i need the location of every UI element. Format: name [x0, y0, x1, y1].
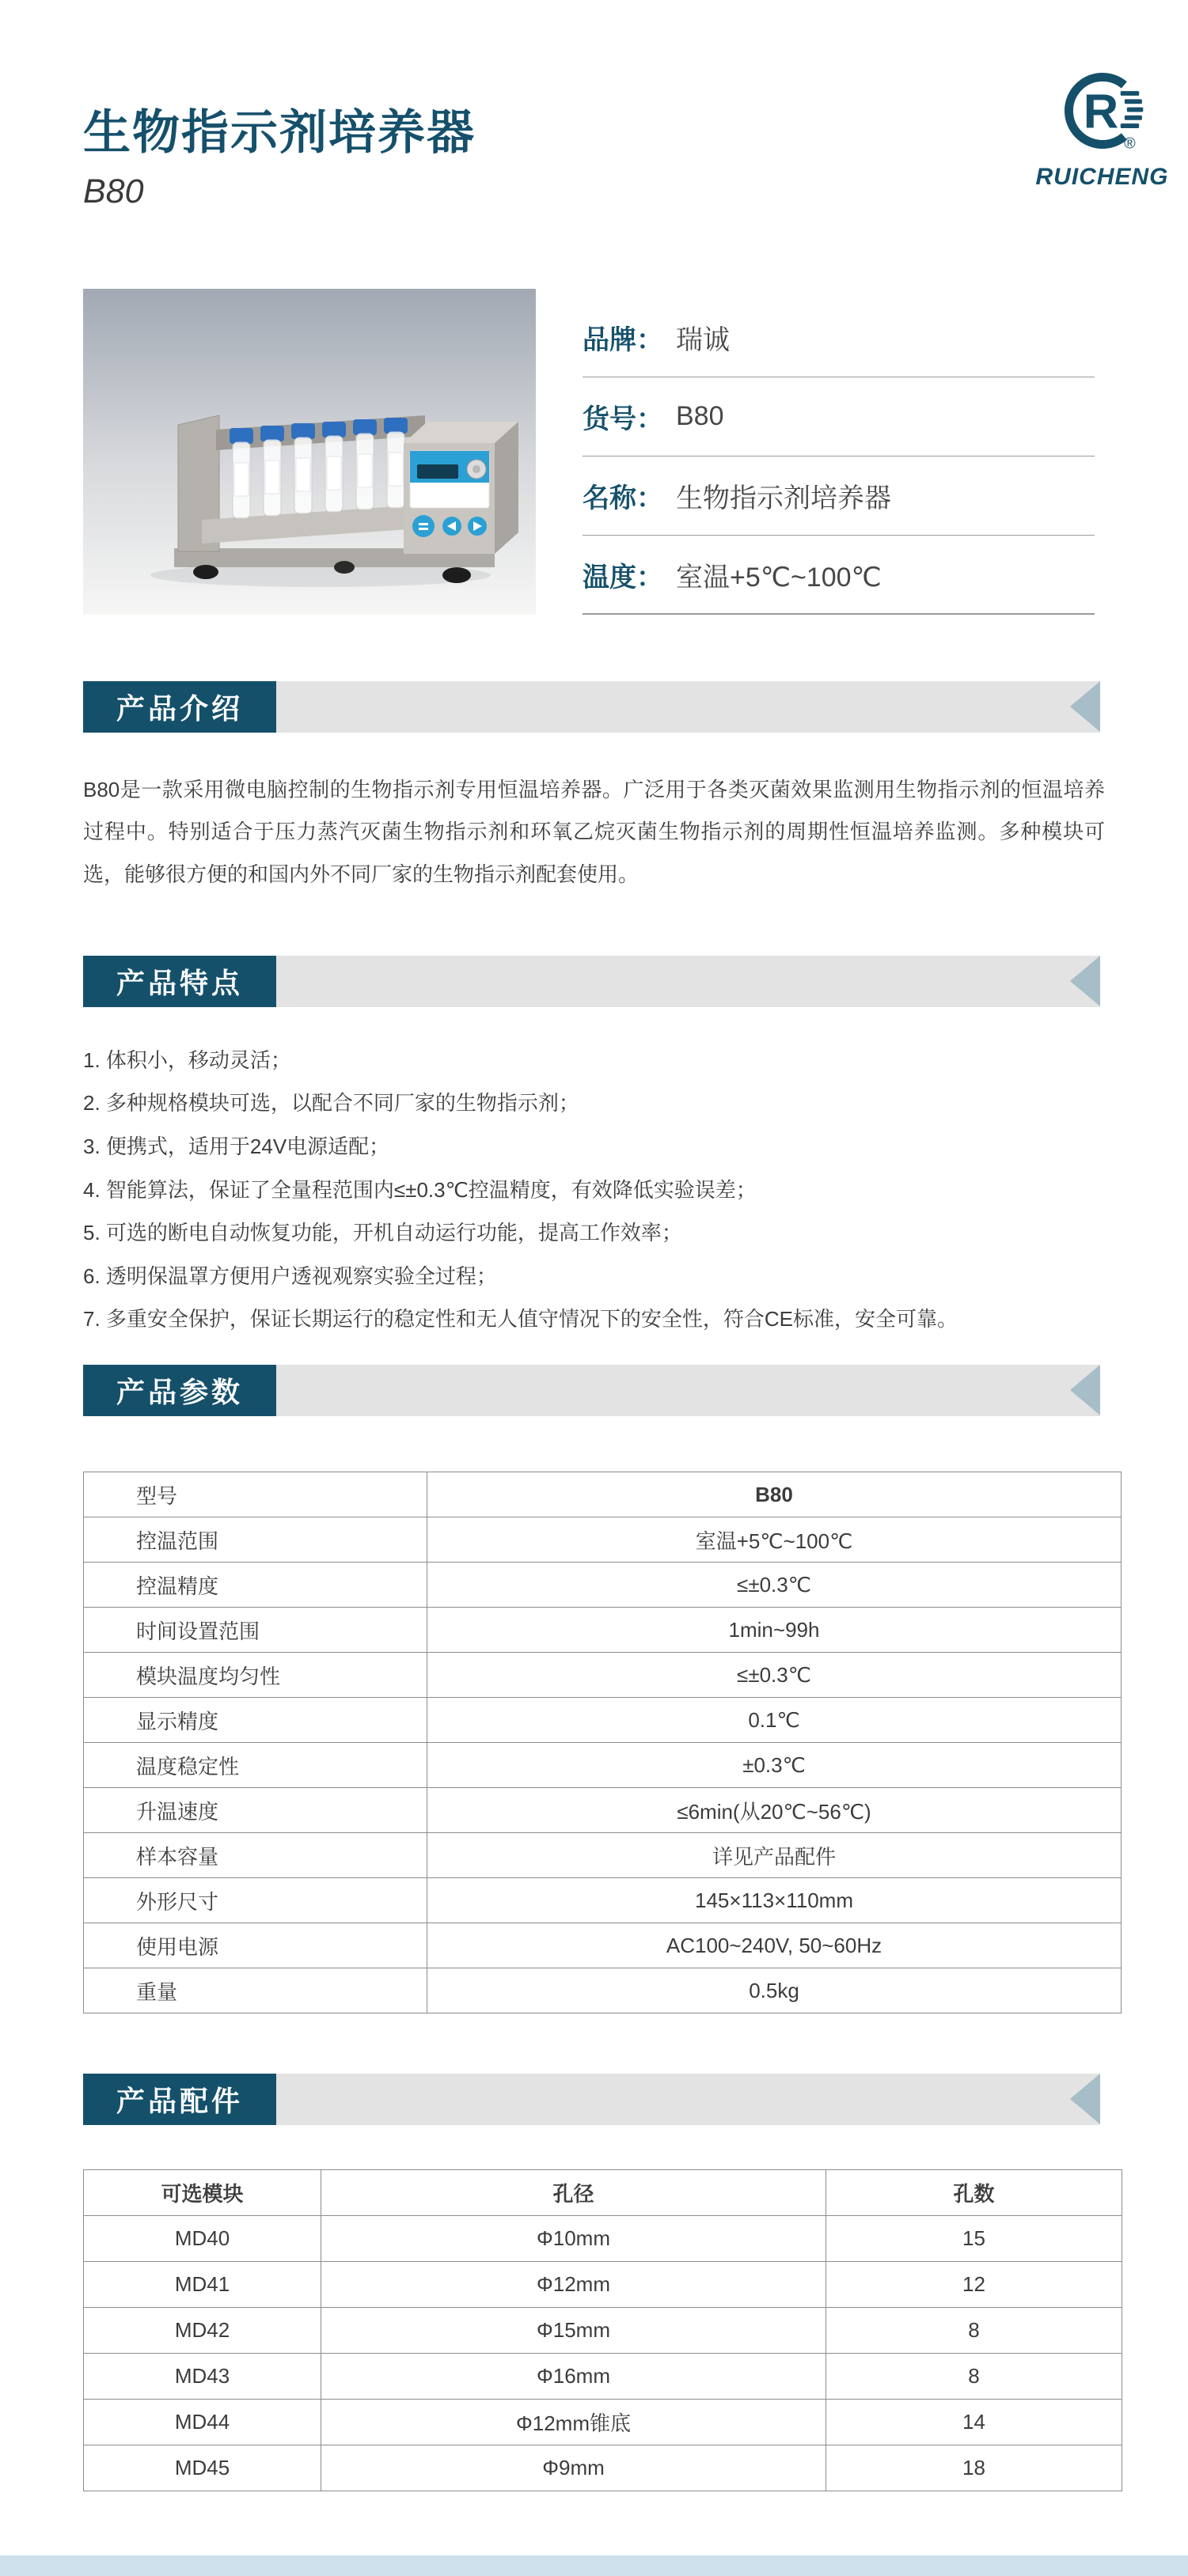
feature-item: 2. 多种规格模块可选，以配合不同厂家的生物指示剂； [83, 1082, 1105, 1125]
section-title: 产品特点 [83, 956, 276, 1007]
brand-logo: R ® RUICHENG [1021, 67, 1183, 191]
parameter-name: 控温精度 [84, 1563, 427, 1608]
info-label: 货号： [583, 397, 663, 436]
intro-paragraph: B80是一款采用微电脑控制的生物指示剂专用恒温培养器。广泛用于各类灭菌效果监测用… [83, 769, 1105, 896]
feature-item: 3. 便携式，适用于24V电源适配； [83, 1125, 1105, 1169]
feature-item: 5. 可选的断电自动恢复功能，开机自动运行功能，提高工作效率； [83, 1211, 1105, 1255]
parameter-name: 型号 [84, 1472, 427, 1517]
section-header-intro: 产品介绍 [83, 681, 1100, 733]
feature-item: 6. 透明保温罩方便用户透视观察实验全过程； [83, 1255, 1105, 1298]
hole-diameter: Φ9mm [321, 2445, 826, 2491]
parameter-row: 升温速度 ≤6min(从20℃~56℃) [84, 1788, 1122, 1833]
parameter-value: 1min~99h [427, 1608, 1122, 1653]
parameter-value: 145×113×110mm [427, 1878, 1122, 1923]
product-datasheet-page: 生物指示剂培养器 B80 R ® RUICHENG [0, 0, 1188, 2576]
parameter-name: 样本容量 [84, 1833, 427, 1878]
parameter-value: 室温+5℃~100℃ [427, 1517, 1122, 1563]
section-bar-track [276, 1365, 1100, 1416]
parameter-value: 详见产品配件 [427, 1833, 1122, 1878]
section-header-features: 产品特点 [83, 956, 1100, 1007]
hole-diameter: Φ10mm [321, 2216, 826, 2262]
parameter-value: 0.1℃ [427, 1698, 1122, 1743]
feature-item: 1. 体积小，移动灵活； [83, 1039, 1105, 1082]
feature-list: 1. 体积小，移动灵活； 2. 多种规格模块可选，以配合不同厂家的生物指示剂； … [83, 1039, 1105, 1341]
model-number: B80 [83, 172, 1105, 211]
parameter-value: ≤6min(从20℃~56℃) [427, 1788, 1122, 1833]
hole-count: 18 [826, 2445, 1122, 2491]
parameter-row: 温度稳定性 ±0.3℃ [84, 1743, 1122, 1788]
parameter-row: 控温范围 室温+5℃~100℃ [84, 1517, 1122, 1563]
parameter-row: 控温精度 ≤±0.3℃ [84, 1563, 1122, 1608]
accessories-header-row: 可选模块 孔径 孔数 [84, 2170, 1122, 2216]
key-info-list: 品牌： 瑞诚 货号： B80 名称： 生物指示剂培养器 温度： [583, 289, 1095, 615]
section-bar-track [276, 2074, 1100, 2125]
parameter-value: ±0.3℃ [427, 1743, 1122, 1788]
svg-text:®: ® [1124, 135, 1136, 153]
parameter-value: AC100~240V, 50~60Hz [427, 1923, 1122, 1968]
parameter-name: 重量 [84, 1968, 427, 2013]
info-label: 品牌： [583, 318, 663, 357]
column-header: 孔数 [826, 2170, 1122, 2216]
info-row: 温度： 室温+5℃~100℃ [583, 536, 1095, 615]
accessory-row: MD45 Φ9mm 18 [84, 2445, 1122, 2491]
accessory-row: MD40 Φ10mm 15 [84, 2216, 1122, 2262]
accessory-row: MD42 Φ15mm 8 [84, 2308, 1122, 2354]
product-overview: 品牌： 瑞诚 货号： B80 名称： 生物指示剂培养器 温度： [83, 289, 1105, 615]
speed-lines-icon [1120, 91, 1143, 128]
left-arrow-icon [1070, 956, 1100, 1006]
parameter-row: 时间设置范围 1min~99h [84, 1608, 1122, 1653]
left-arrow-icon [1070, 1365, 1100, 1415]
parameter-value: 0.5kg [427, 1968, 1122, 2013]
section-title: 产品配件 [83, 2074, 276, 2125]
parameter-row: 显示精度 0.1℃ [84, 1698, 1122, 1743]
svg-text:R: R [1083, 84, 1118, 138]
parameter-name: 使用电源 [84, 1923, 427, 1968]
left-arrow-icon [1070, 681, 1100, 732]
info-value: 生物指示剂培养器 [676, 476, 891, 515]
info-row: 货号： B80 [583, 377, 1095, 456]
parameter-row: 外形尺寸 145×113×110mm [84, 1878, 1122, 1923]
parameter-name: 时间设置范围 [84, 1608, 427, 1653]
info-value: 瑞诚 [676, 318, 730, 357]
section-title: 产品参数 [83, 1365, 276, 1416]
parameter-name: 升温速度 [84, 1788, 427, 1833]
parameter-value: ≤±0.3℃ [427, 1653, 1122, 1698]
column-header: 可选模块 [84, 2170, 321, 2216]
hole-diameter: Φ12mm锥底 [321, 2400, 826, 2445]
product-photo [83, 289, 536, 615]
feature-item: 7. 多重安全保护，保证长期运行的稳定性和无人值守情况下的安全性，符合CE标准，… [83, 1297, 1105, 1341]
parameter-name: 温度稳定性 [84, 1743, 427, 1788]
accessories-table: 可选模块 孔径 孔数 MD40 Φ10mm 15 MD41 Φ12mm 12 [83, 2169, 1122, 2491]
module-code: MD41 [84, 2262, 321, 2308]
parameters-table: 型号 B80 控温范围 室温+5℃~100℃ 控温精度 ≤±0.3℃ [83, 1472, 1122, 2013]
section-bar-track [276, 681, 1100, 733]
parameter-row: 模块温度均匀性 ≤±0.3℃ [84, 1653, 1122, 1698]
hole-count: 15 [826, 2216, 1122, 2262]
hole-count: 14 [826, 2400, 1122, 2445]
hole-diameter: Φ15mm [321, 2308, 826, 2354]
info-label: 名称： [583, 476, 663, 515]
parameter-value: B80 [427, 1472, 1122, 1517]
hole-count: 8 [826, 2354, 1122, 2400]
parameter-value: ≤±0.3℃ [427, 1563, 1122, 1608]
page-header: 生物指示剂培养器 B80 R ® RUICHENG [83, 0, 1105, 211]
left-arrow-icon [1070, 2074, 1100, 2124]
module-code: MD44 [84, 2400, 321, 2445]
parameter-name: 外形尺寸 [84, 1878, 427, 1923]
column-header: 孔径 [321, 2170, 826, 2216]
accessory-row: MD43 Φ16mm 8 [84, 2354, 1122, 2400]
accessory-row: MD44 Φ12mm锥底 14 [84, 2400, 1122, 2445]
module-code: MD45 [84, 2445, 321, 2491]
section-bar-track [276, 956, 1100, 1007]
info-value: 室温+5℃~100℃ [676, 555, 882, 594]
parameter-row: 重量 0.5kg [84, 1968, 1122, 2013]
parameter-row: 使用电源 AC100~240V, 50~60Hz [84, 1923, 1122, 1968]
section-header-params: 产品参数 [83, 1365, 1100, 1416]
info-row: 名称： 生物指示剂培养器 [583, 456, 1095, 536]
info-row: 品牌： 瑞诚 [583, 298, 1095, 377]
parameter-name: 模块温度均匀性 [84, 1653, 427, 1698]
parameter-row: 样本容量 详见产品配件 [84, 1833, 1122, 1878]
section-header-accessories: 产品配件 [83, 2074, 1100, 2125]
hole-diameter: Φ12mm [321, 2262, 826, 2308]
parameter-name: 控温范围 [84, 1517, 427, 1563]
parameter-name: 显示精度 [84, 1698, 427, 1743]
hole-count: 12 [826, 2262, 1122, 2308]
hole-count: 8 [826, 2308, 1122, 2354]
accessory-row: MD41 Φ12mm 12 [84, 2262, 1122, 2308]
footer-accent-bar [0, 2555, 1188, 2576]
info-value: B80 [676, 401, 724, 432]
parameter-row: 型号 B80 [84, 1472, 1122, 1517]
info-label: 温度： [583, 555, 663, 594]
feature-item: 4. 智能算法，保证了全量程范围内≤±0.3℃控温精度，有效降低实验误差； [83, 1169, 1105, 1212]
module-code: MD42 [84, 2308, 321, 2354]
control-panel [410, 451, 489, 537]
hole-diameter: Φ16mm [321, 2354, 826, 2400]
module-code: MD43 [84, 2354, 321, 2400]
module-code: MD40 [84, 2216, 321, 2262]
page-title: 生物指示剂培养器 [83, 109, 1105, 157]
section-title: 产品介绍 [83, 681, 276, 733]
brand-logo-mark-icon: R ® [1059, 67, 1146, 154]
brand-wordmark: RUICHENG [1021, 164, 1183, 191]
